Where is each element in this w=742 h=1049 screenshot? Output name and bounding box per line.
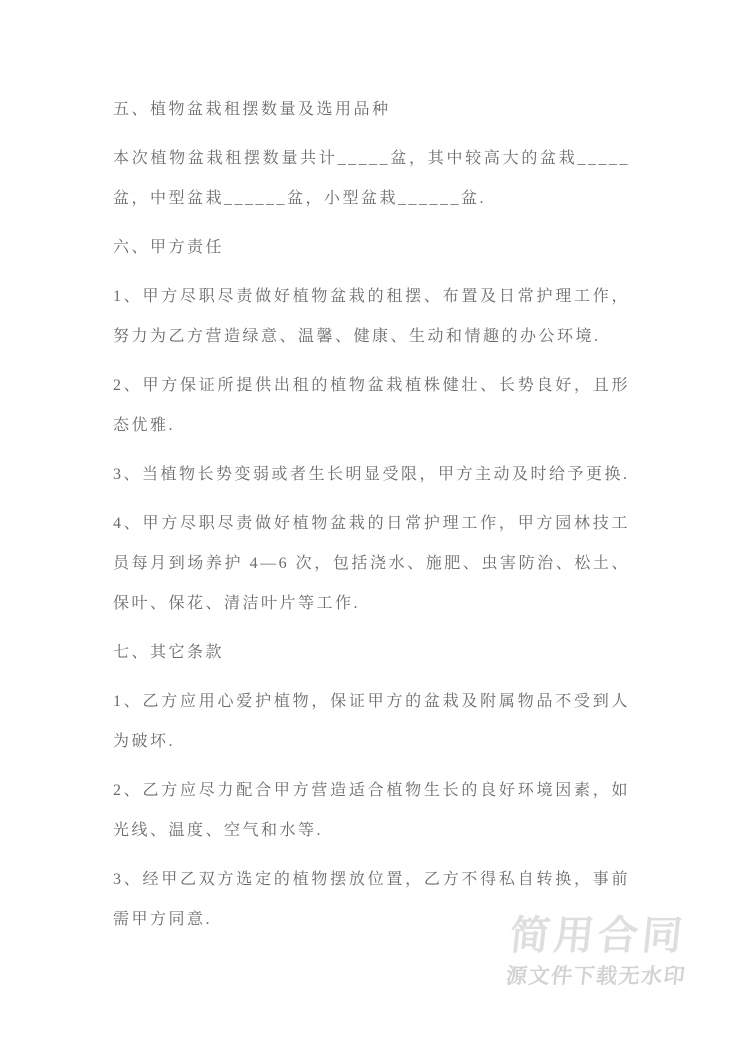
contract-paragraph: 2、乙方应尽力配合甲方营造适合植物生长的良好环境因素，如光线、温度、空气和水等. — [113, 771, 630, 851]
contract-paragraph: 3、当植物长势变弱或者生长明显受限，甲方主动及时给予更换. — [113, 455, 630, 495]
document-page: 五、植物盆栽租摆数量及选用品种本次植物盆栽租摆数量共计_____盆，其中较高大的… — [0, 0, 742, 1049]
watermark-title: 简用合同 — [508, 914, 689, 958]
watermark-subtitle: 源文件下载无水印 — [505, 964, 688, 990]
section-heading: 七、其它条款 — [113, 633, 630, 673]
contract-paragraph: 1、甲方尽职尽责做好植物盆栽的租摆、布置及日常护理工作，努力为乙方营造绿意、温馨… — [113, 277, 630, 357]
contract-paragraph: 4、甲方尽职尽责做好植物盆栽的日常护理工作，甲方园林技工员每月到场养护 4—6 … — [113, 504, 630, 624]
contract-paragraph: 2、甲方保证所提供出租的植物盆栽植株健壮、长势良好，且形态优雅. — [113, 366, 630, 446]
contract-paragraph: 1、乙方应用心爱护植物，保证甲方的盆栽及附属物品不受到人为破坏. — [113, 682, 630, 762]
section-heading: 五、植物盆栽租摆数量及选用品种 — [113, 90, 630, 130]
section-heading: 六、甲方责任 — [113, 228, 630, 268]
contract-paragraph: 本次植物盆栽租摆数量共计_____盆，其中较高大的盆栽_____盆，中型盆栽__… — [113, 139, 630, 219]
contract-body: 五、植物盆栽租摆数量及选用品种本次植物盆栽租摆数量共计_____盆，其中较高大的… — [113, 90, 630, 949]
